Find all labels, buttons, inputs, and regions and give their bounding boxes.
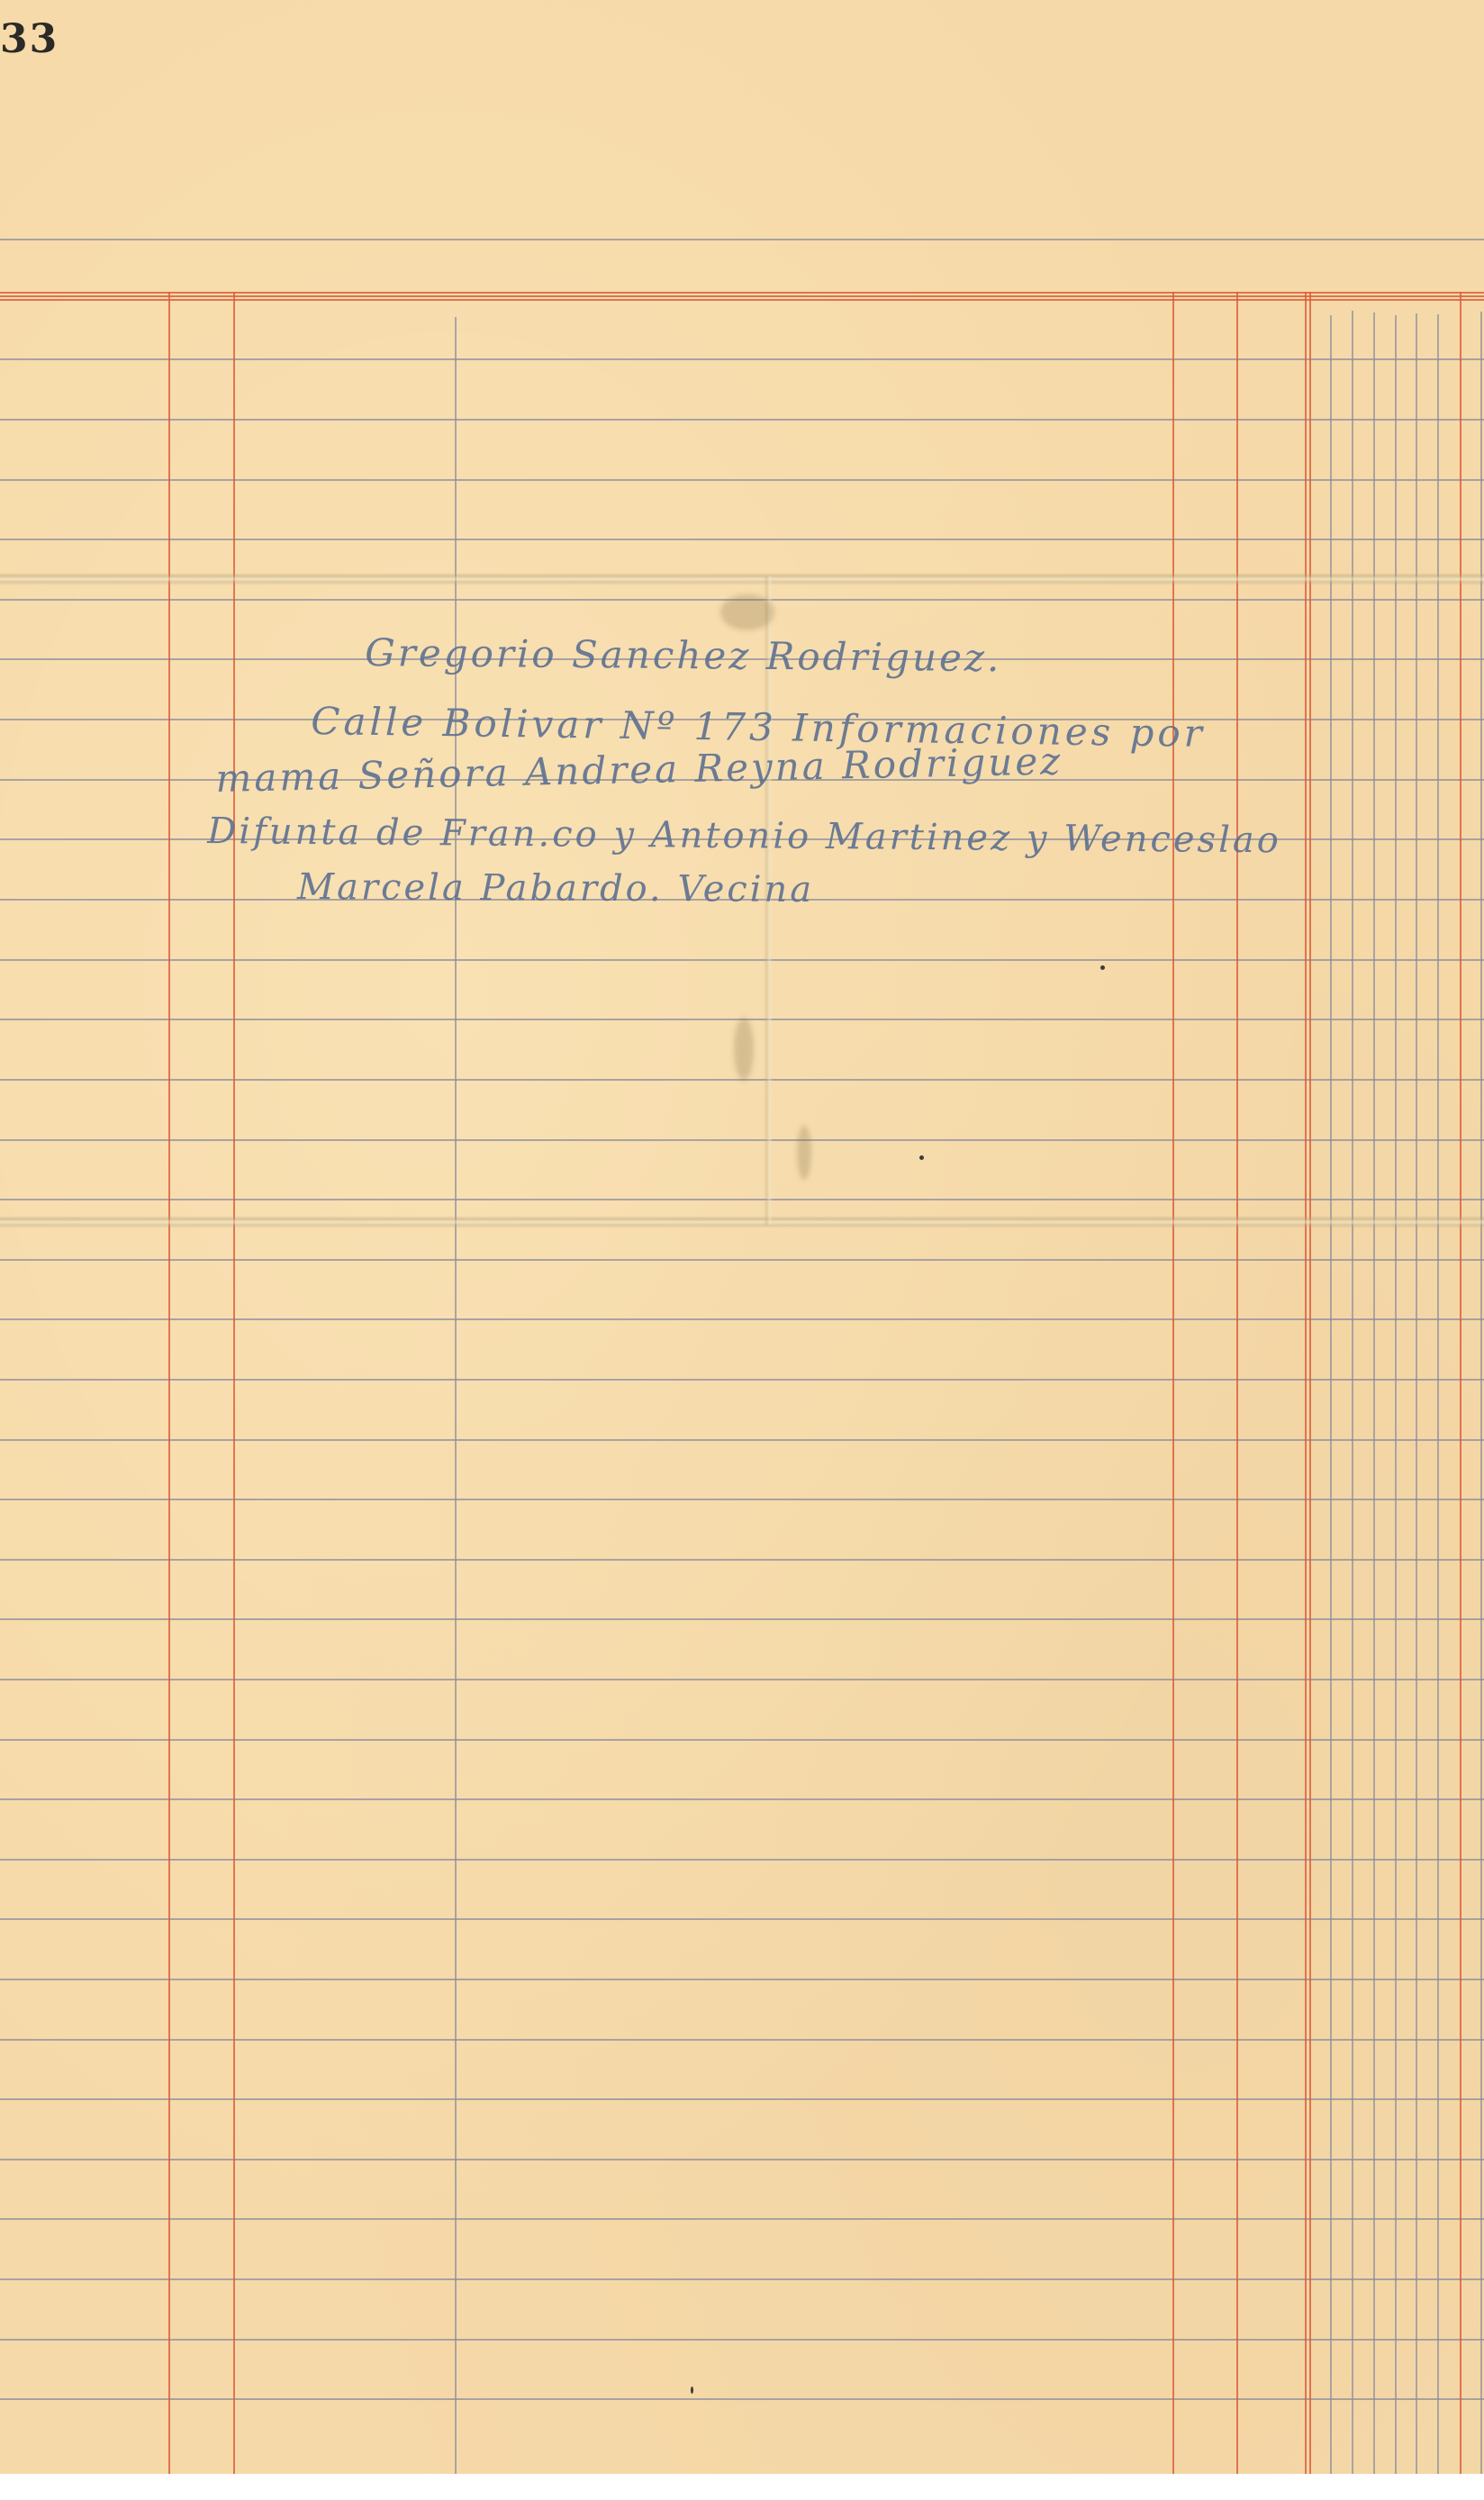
ruled-line — [0, 2159, 1484, 2160]
column-rule — [1437, 314, 1439, 2474]
ruled-line — [0, 2278, 1484, 2280]
column-rule — [1373, 312, 1375, 2474]
column-rule — [1352, 311, 1353, 2474]
ruled-line — [0, 1139, 1484, 1141]
ruled-line — [0, 1859, 1484, 1861]
handwritten-line: Difunta de Fran.co y Antonio Martinez y … — [207, 811, 1281, 861]
stain — [797, 1126, 811, 1180]
ruled-line — [0, 2098, 1484, 2100]
column-rule — [1172, 292, 1174, 2474]
ruled-line — [0, 1259, 1484, 1261]
ruled-line — [0, 1318, 1484, 1320]
ruled-line — [0, 1979, 1484, 1980]
ruled-line — [0, 2218, 1484, 2220]
handwritten-line: Gregorio Sanchez Rodriguez. — [365, 630, 1002, 680]
ruled-line — [0, 1679, 1484, 1680]
ruled-line — [0, 419, 1484, 421]
column-rule — [1330, 315, 1332, 2474]
heading-rule — [0, 292, 1484, 294]
ruled-line — [0, 239, 1484, 240]
ink-speck — [691, 2387, 693, 2394]
column-rule — [168, 292, 170, 2474]
ruled-line — [0, 1499, 1484, 1500]
page-number: 33 — [0, 16, 59, 62]
ink-speck — [919, 1155, 924, 1160]
heading-rule — [0, 299, 1484, 301]
stain — [734, 1018, 754, 1081]
ruled-line — [0, 358, 1484, 360]
column-rule — [1309, 292, 1311, 2474]
column-rule — [1236, 292, 1238, 2474]
ruled-line — [0, 539, 1484, 540]
ruled-line — [0, 1379, 1484, 1381]
column-rule — [1305, 292, 1307, 2474]
ruled-line — [0, 1559, 1484, 1561]
ruled-line — [0, 2339, 1484, 2341]
handwritten-line: mama Señora Andrea Reyna Rodriguez — [215, 738, 1063, 801]
column-rule — [1460, 292, 1461, 2474]
ruled-line — [0, 959, 1484, 961]
ruled-line — [0, 479, 1484, 481]
ruled-line — [0, 2398, 1484, 2400]
column-rule — [233, 292, 235, 2474]
ruled-line — [0, 1739, 1484, 1741]
ruled-line — [0, 1618, 1484, 1620]
column-rule — [1416, 313, 1417, 2474]
paper-fold — [0, 573, 1484, 585]
paper-fold — [0, 1216, 1484, 1228]
ruled-line — [0, 1798, 1484, 1800]
ruled-line — [0, 2039, 1484, 2041]
ruled-line — [0, 1439, 1484, 1441]
heading-rule — [0, 295, 1484, 297]
ruled-line — [0, 1918, 1484, 1920]
ledger-page: 33 Gregorio Sanchez Rodriguez. Calle Bol… — [0, 0, 1484, 2474]
column-rule — [1395, 315, 1397, 2474]
stain — [720, 594, 774, 630]
ruled-line — [0, 1199, 1484, 1200]
handwritten-line: Marcela Pabardo. Vecina — [297, 866, 814, 910]
ink-speck — [1100, 965, 1105, 970]
column-rule — [1480, 312, 1482, 2474]
